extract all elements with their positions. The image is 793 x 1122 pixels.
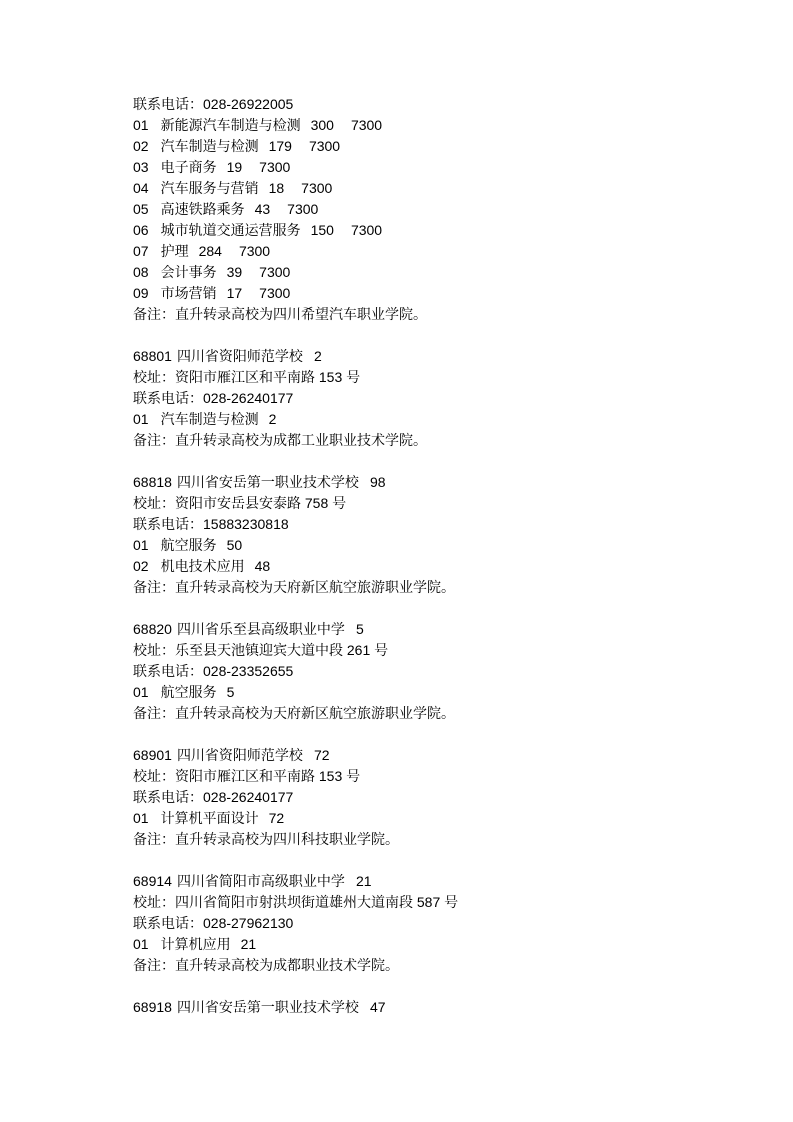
program-fee: 7300 [259,285,290,301]
school-phone-line: 联系电话：028-26922005 [133,94,713,115]
school-header-line: 68801四川省资阳师范学校2 [133,346,713,367]
program-count: 150 [311,222,334,238]
program-name: 航空服务 [161,684,217,700]
program-line: 04汽车服务与营销187300 [133,178,713,199]
program-line: 01计算机平面设计72 [133,808,713,829]
program-code: 02 [133,558,149,574]
school-name: 四川省安岳第一职业技术学校 [177,474,359,490]
school-name: 四川省安岳第一职业技术学校 [177,999,359,1015]
program-count: 300 [311,117,334,133]
address-text: 校址：四川省简阳市射洪坝街道雄州大道南段 587 号 [133,894,458,910]
school-phone-line: 联系电话：028-23352655 [133,661,713,682]
school-entry: 68818四川省安岳第一职业技术学校98校址：资阳市安岳县安泰路 758 号联系… [133,472,713,598]
program-line: 02机电技术应用48 [133,556,713,577]
program-name: 汽车服务与营销 [161,180,259,196]
school-address-line: 校址：资阳市安岳县安泰路 758 号 [133,493,713,514]
phone-text: 联系电话：028-27962130 [133,915,293,931]
remark-text: 备注：直升转录高校为四川希望汽车职业学院。 [133,306,427,322]
program-name: 计算机平面设计 [161,810,259,826]
school-address-line: 校址：资阳市雁江区和平南路 153 号 [133,766,713,787]
program-fee: 7300 [351,222,382,238]
school-header-line: 68901四川省资阳师范学校72 [133,745,713,766]
program-code: 03 [133,159,149,175]
school-header-line: 68820四川省乐至县高级职业中学5 [133,619,713,640]
program-fee: 7300 [259,264,290,280]
enrollment-count: 72 [314,747,330,763]
phone-text: 联系电话：15883230818 [133,516,289,532]
school-entry: 68914四川省简阳市高级职业中学21校址：四川省简阳市射洪坝街道雄州大道南段 … [133,871,713,976]
program-fee: 7300 [309,138,340,154]
program-code: 01 [133,684,149,700]
program-name: 高速铁路乘务 [161,201,245,217]
remark-line: 备注：直升转录高校为成都工业职业技术学院。 [133,430,713,451]
program-count: 43 [255,201,271,217]
program-fee: 7300 [259,159,290,175]
enrollment-count: 98 [370,474,386,490]
program-code: 02 [133,138,149,154]
program-name: 护理 [161,243,189,259]
program-count: 48 [255,558,271,574]
school-phone-line: 联系电话：15883230818 [133,514,713,535]
program-line: 01新能源汽车制造与检测3007300 [133,115,713,136]
school-name: 四川省简阳市高级职业中学 [177,873,345,889]
program-code: 08 [133,264,149,280]
remark-line: 备注：直升转录高校为天府新区航空旅游职业学院。 [133,703,713,724]
program-line: 01汽车制造与检测2 [133,409,713,430]
program-code: 04 [133,180,149,196]
school-entry: 68918四川省安岳第一职业技术学校47 [133,997,713,1018]
school-header-line: 68818四川省安岳第一职业技术学校98 [133,472,713,493]
program-line: 06城市轨道交通运营服务1507300 [133,220,713,241]
school-code: 68820 [133,621,172,637]
school-address-line: 校址：资阳市雁江区和平南路 153 号 [133,367,713,388]
program-name: 城市轨道交通运营服务 [161,222,301,238]
program-code: 01 [133,117,149,133]
phone-text: 联系电话：028-26240177 [133,390,293,406]
program-code: 01 [133,936,149,952]
program-fee: 7300 [239,243,270,259]
program-name: 电子商务 [161,159,217,175]
program-code: 01 [133,411,149,427]
remark-text: 备注：直升转录高校为天府新区航空旅游职业学院。 [133,705,455,721]
program-count: 39 [227,264,243,280]
school-code: 68918 [133,999,172,1015]
school-entry: 联系电话：028-2692200501新能源汽车制造与检测300730002汽车… [133,94,713,325]
phone-text: 联系电话：028-26240177 [133,789,293,805]
remark-text: 备注：直升转录高校为成都职业技术学院。 [133,957,399,973]
remark-line: 备注：直升转录高校为成都职业技术学院。 [133,955,713,976]
enrollment-count: 2 [314,348,322,364]
program-line: 07护理2847300 [133,241,713,262]
remark-text: 备注：直升转录高校为成都工业职业技术学院。 [133,432,427,448]
document-content: 联系电话：028-2692200501新能源汽车制造与检测300730002汽车… [133,94,713,1018]
program-name: 市场营销 [161,285,217,301]
program-name: 机电技术应用 [161,558,245,574]
school-address-line: 校址：四川省简阳市射洪坝街道雄州大道南段 587 号 [133,892,713,913]
program-code: 09 [133,285,149,301]
program-fee: 7300 [287,201,318,217]
program-fee: 7300 [351,117,382,133]
program-line: 01航空服务5 [133,682,713,703]
remark-line: 备注：直升转录高校为天府新区航空旅游职业学院。 [133,577,713,598]
program-code: 01 [133,537,149,553]
remark-text: 备注：直升转录高校为天府新区航空旅游职业学院。 [133,579,455,595]
program-line: 01计算机应用21 [133,934,713,955]
program-name: 新能源汽车制造与检测 [161,117,301,133]
program-code: 05 [133,201,149,217]
school-header-line: 68914四川省简阳市高级职业中学21 [133,871,713,892]
address-text: 校址：资阳市雁江区和平南路 153 号 [133,768,360,784]
program-count: 179 [269,138,292,154]
program-line: 02汽车制造与检测1797300 [133,136,713,157]
enrollment-count: 47 [370,999,386,1015]
program-count: 21 [241,936,257,952]
program-name: 汽车制造与检测 [161,411,259,427]
school-phone-line: 联系电话：028-26240177 [133,388,713,409]
address-text: 校址：乐至县天池镇迎宾大道中段 261 号 [133,642,388,658]
school-name: 四川省资阳师范学校 [177,348,303,364]
program-name: 会计事务 [161,264,217,280]
school-address-line: 校址：乐至县天池镇迎宾大道中段 261 号 [133,640,713,661]
school-entry: 68820四川省乐至县高级职业中学5校址：乐至县天池镇迎宾大道中段 261 号联… [133,619,713,724]
school-code: 68801 [133,348,172,364]
school-phone-line: 联系电话：028-27962130 [133,913,713,934]
remark-line: 备注：直升转录高校为四川希望汽车职业学院。 [133,304,713,325]
school-entry: 68901四川省资阳师范学校72校址：资阳市雁江区和平南路 153 号联系电话：… [133,745,713,850]
school-name: 四川省乐至县高级职业中学 [177,621,345,637]
remark-line: 备注：直升转录高校为四川科技职业学院。 [133,829,713,850]
program-name: 汽车制造与检测 [161,138,259,154]
school-code: 68901 [133,747,172,763]
program-code: 07 [133,243,149,259]
program-line: 08会计事务397300 [133,262,713,283]
program-count: 2 [269,411,277,427]
school-phone-line: 联系电话：028-26240177 [133,787,713,808]
program-name: 计算机应用 [161,936,231,952]
program-count: 284 [199,243,222,259]
program-count: 5 [227,684,235,700]
enrollment-count: 21 [356,873,372,889]
program-code: 01 [133,810,149,826]
program-line: 05高速铁路乘务437300 [133,199,713,220]
program-count: 19 [227,159,243,175]
phone-text: 联系电话：028-23352655 [133,663,293,679]
program-name: 航空服务 [161,537,217,553]
school-header-line: 68918四川省安岳第一职业技术学校47 [133,997,713,1018]
phone-text: 联系电话：028-26922005 [133,96,293,112]
school-entry: 68801四川省资阳师范学校2校址：资阳市雁江区和平南路 153 号联系电话：0… [133,346,713,451]
program-count: 18 [269,180,285,196]
program-count: 50 [227,537,243,553]
remark-text: 备注：直升转录高校为四川科技职业学院。 [133,831,399,847]
program-count: 17 [227,285,243,301]
program-fee: 7300 [301,180,332,196]
address-text: 校址：资阳市雁江区和平南路 153 号 [133,369,360,385]
document-page: 联系电话：028-2692200501新能源汽车制造与检测300730002汽车… [0,0,793,1122]
program-line: 03电子商务197300 [133,157,713,178]
address-text: 校址：资阳市安岳县安泰路 758 号 [133,495,346,511]
school-code: 68914 [133,873,172,889]
program-code: 06 [133,222,149,238]
school-name: 四川省资阳师范学校 [177,747,303,763]
program-line: 01航空服务50 [133,535,713,556]
program-line: 09市场营销177300 [133,283,713,304]
school-code: 68818 [133,474,172,490]
enrollment-count: 5 [356,621,364,637]
program-count: 72 [269,810,285,826]
